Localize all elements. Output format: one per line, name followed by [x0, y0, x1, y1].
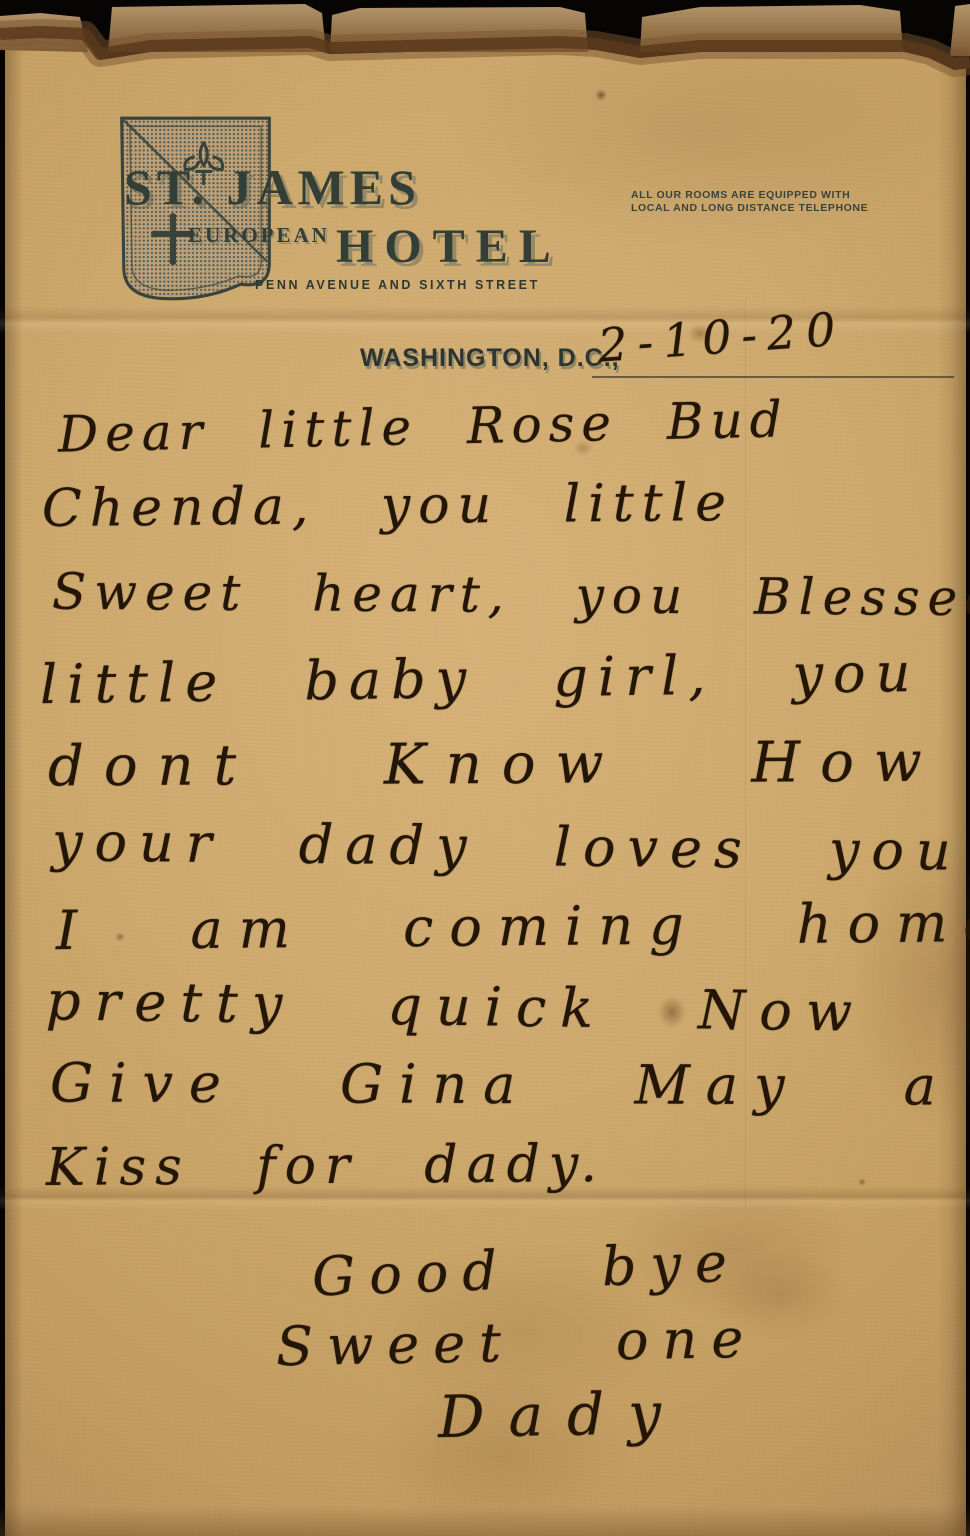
closing-line: Good bye [311, 1236, 742, 1305]
rooms-note-line2: LOCAL AND LONG DISTANCE TELEPHONE [631, 202, 868, 215]
letter-line: Chenda, you little [42, 477, 734, 535]
letter-line: pretty quick Now [46, 974, 867, 1039]
letter-line: little baby girl, you [40, 646, 921, 712]
hotel-name: ST. JAMES [124, 158, 421, 216]
letter-line: your dady loves you [52, 815, 963, 879]
closing-line: Sweet one [276, 1312, 758, 1374]
date-underline [592, 376, 954, 378]
left-edge-shading [5, 0, 23, 1536]
signature: Dady [438, 1384, 686, 1446]
letter-line: dont Know How [48, 735, 942, 796]
letter-line: Give Gina May a [50, 1056, 952, 1113]
letter-line: I am coming home [56, 896, 970, 958]
hotel-address: PENN AVENUE AND SIXTH STREET [255, 278, 540, 292]
letter-line: Sweet heart, you Blessed [52, 567, 970, 624]
hotel-subtitle: EUROPEAN [188, 223, 330, 248]
right-edge-shading [938, 0, 966, 1536]
scanned-letter: ST. JAMES EUROPEAN HOTEL PENN AVENUE AND… [0, 0, 970, 1536]
hotel-word: HOTEL [336, 219, 562, 274]
rooms-note-line1: ALL OUR ROOMS ARE EQUIPPED WITH [631, 189, 868, 202]
rooms-note: ALL OUR ROOMS ARE EQUIPPED WITH LOCAL AN… [631, 189, 868, 215]
letter-line: Dear little Rose Bud [58, 394, 790, 459]
letter-line: Kiss for dady. [46, 1138, 606, 1194]
printed-city: WASHINGTON, D.C., [360, 344, 620, 373]
